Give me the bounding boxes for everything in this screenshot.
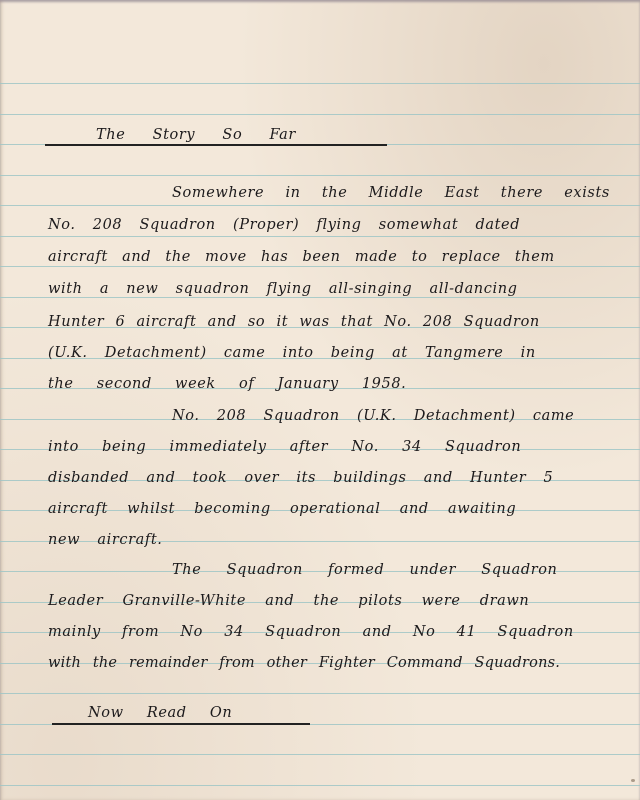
ruled-line (0, 175, 640, 176)
ruled-line (0, 297, 640, 298)
footer-underline (52, 723, 310, 725)
text-line: (U.K. Detachment) came into being at Tan… (48, 346, 536, 361)
ruled-line (0, 693, 640, 694)
text-line: Somewhere in the Middle East there exist… (172, 186, 610, 201)
ruled-line (0, 83, 640, 84)
page-heading: The Story So Far (96, 128, 296, 143)
text-line: No. 208 Squadron (U.K. Detachment) came (172, 409, 574, 424)
paper-speck (631, 779, 635, 782)
text-line: disbanded and took over its buildings an… (48, 471, 553, 486)
text-line: Leader Granville-White and the pilots we… (48, 594, 529, 609)
ruled-lines (0, 0, 640, 800)
text-line: with the remainder from other Fighter Co… (48, 656, 560, 671)
ruled-line (0, 114, 640, 115)
ruled-line (0, 205, 640, 206)
ruled-line (0, 236, 640, 237)
text-line: the second week of January 1958. (48, 377, 406, 392)
text-line: Hunter 6 aircraft and so it was that No.… (48, 315, 540, 330)
text-line: new aircraft. (48, 533, 162, 548)
text-line: with a new squadron flying all-singing a… (48, 282, 518, 297)
text-line: The Squadron formed under Squadron (172, 563, 558, 578)
ruled-line (0, 785, 640, 786)
ruled-line (0, 754, 640, 755)
text-line: mainly from No 34 Squadron and No 41 Squ… (48, 625, 574, 640)
ruled-line (0, 266, 640, 267)
heading-underline (45, 144, 387, 146)
text-line: aircraft whilst becoming operational and… (48, 502, 516, 517)
text-line: aircraft and the move has been made to r… (48, 250, 555, 265)
footer-text: Now Read On (88, 706, 232, 721)
notebook-page: The Story So Far Somewhere in the Middle… (0, 0, 640, 800)
text-line: into being immediately after No. 34 Squa… (48, 440, 521, 455)
text-line: No. 208 Squadron (Proper) flying somewha… (48, 218, 520, 233)
